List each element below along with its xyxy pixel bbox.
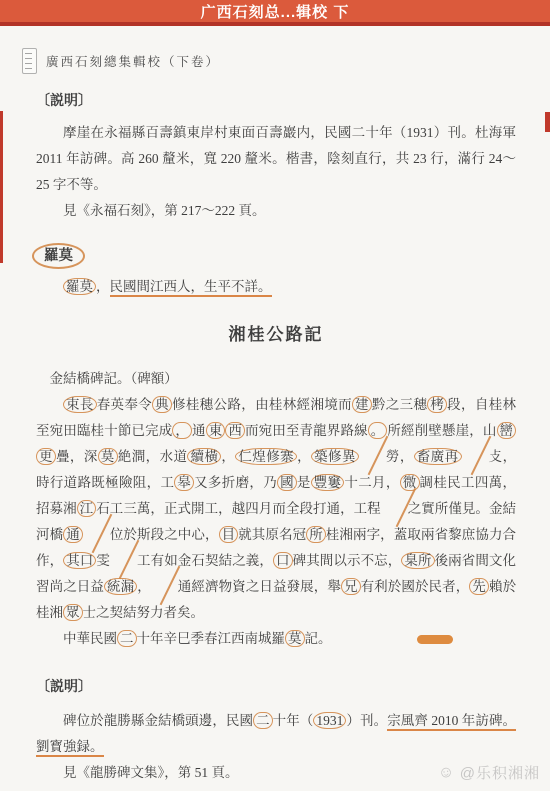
text-run: ， (399, 449, 413, 464)
text-run: 十年辛巳季春江西南城羅 (137, 631, 286, 646)
strike-annotation: 通 (151, 574, 192, 600)
text-run: 絶澗，水道 (118, 449, 188, 464)
circle-annotation: 續橫 (187, 448, 221, 465)
circle-annotation: 西 (225, 422, 245, 439)
strike-annotation: 之實 (381, 496, 435, 522)
circle-annotation: 典 (152, 396, 172, 413)
photo-edge-sliver-right (545, 112, 550, 132)
circle-annotation: 東 (206, 422, 226, 439)
text-run: 〔説明〕 (36, 94, 92, 109)
strike-annotation: 位 (83, 522, 124, 548)
circle-annotation: 國 (277, 474, 297, 491)
text-run: 就其原名冠 (238, 527, 306, 542)
circle-annotation: 所 (306, 526, 326, 543)
weibo-icon: ☺ (437, 762, 458, 783)
text-run: 疊，深 (56, 449, 98, 464)
circle-annotation: 兄 (341, 578, 361, 595)
paragraph-moya: 摩崖在永福縣百壽鎮東岸村東面百壽巖内，民國二十年（1931）刊。杜海軍 2011… (36, 120, 516, 198)
underline-annotation: 宗風齊 2010 年訪碑。 (387, 713, 516, 731)
strike-annotation: 攴 (462, 444, 503, 470)
app-bar-title: 广西石刻总...辑校 下 (201, 1, 350, 22)
app-bar: 广西石刻总...辑校 下 (0, 0, 550, 26)
circle-annotation: 羅莫 (32, 243, 85, 269)
circle-annotation: 築修異 (311, 448, 359, 465)
stele-title: 湘桂公路記 (36, 324, 516, 346)
circle-annotation: 眾 (63, 604, 83, 621)
section-label-shuoming-1: 〔説明〕 (36, 92, 516, 112)
text-run: 石工三萬，正式開工，越四月而全段打通，工程 (96, 501, 381, 516)
document-page: 廣西石刻總集輯校（下卷） 〔説明〕摩崖在永福縣百壽鎮東岸村東面百壽巖内，民國二十… (0, 26, 550, 786)
text-run: 雯 (96, 553, 110, 568)
circle-annotation: 。 (368, 422, 388, 439)
text-run: 通 (192, 423, 206, 438)
paragraph-signature: 中華民國二十年辛巳季春江西南城羅莫記。 (36, 626, 516, 652)
circle-annotation: 豐窶 (311, 474, 345, 491)
circle-annotation: 巒 (497, 422, 517, 439)
paragraph-luomo-bio: 羅莫，民國間江西人，生平不詳。 (36, 274, 516, 300)
paragraph-stele-body: 束長春英奉令典修桂穗公路，由桂林經湘境而建黔之三穗栲段，自桂林至宛田臨桂十節已完… (36, 392, 516, 626)
text-run: 十二月， (344, 475, 399, 490)
underline-annotation: 民國間江西人，生平不詳。 (110, 279, 272, 297)
circle-annotation: ， (172, 422, 192, 439)
screenshot-root: { "colors":{ "app_bar_bg":"#DB5A3C", "ap… (0, 0, 550, 791)
text-run: 士之契結努力者矣。 (83, 605, 205, 620)
text-run: 金結橋碑記。（碑額） (50, 371, 178, 386)
circle-annotation: 通 (63, 526, 83, 543)
publisher-seal-icon (22, 48, 37, 74)
text-run: 黔之三穗 (372, 397, 427, 412)
circle-annotation: 畜廣再 (414, 448, 462, 465)
circle-annotation: 口 (273, 552, 293, 569)
text-run: ， (137, 579, 151, 594)
photo-edge-sliver-left (0, 111, 3, 263)
circle-annotation: 1931 (313, 712, 346, 729)
circle-annotation: 更 (36, 448, 56, 465)
text-run: 碑其間以示不忘， (293, 553, 402, 568)
text-run: 〔説明〕 (36, 680, 92, 695)
document-blocks: 〔説明〕摩崖在永福縣百壽鎮東岸村東面百壽巖内，民國二十年（1931）刊。杜海軍 … (36, 92, 516, 786)
watermark: ☺ @乐积湘湘 (438, 762, 540, 783)
circle-annotation: 統漏 (104, 578, 137, 595)
text-run: 而宛田至青龍界路線 (245, 423, 368, 438)
book-title: 廣西石刻總集輯校（下卷） (46, 52, 220, 70)
text-run: 記。 (305, 631, 332, 646)
strike-annotation: 勞 (359, 444, 400, 470)
circle-annotation: 先 (469, 578, 489, 595)
circle-annotation: 臬所 (401, 552, 434, 569)
text-run: 十年（ (273, 713, 314, 728)
text-run: 有如金石契結之義， (151, 553, 273, 568)
text-run: 碑位於龍勝縣金結橋頭邊，民國 (63, 713, 253, 728)
text-run: 見《永福石刻》，第 217～222 頁。 (63, 203, 266, 218)
circle-annotation: 二 (253, 712, 273, 729)
circle-annotation: 莫 (98, 448, 118, 465)
text-run: 所經削壁懸崖，山 (387, 423, 496, 438)
text-run: 修桂穗公路，由桂林經湘境而 (172, 397, 352, 412)
circle-annotation: 其口 (63, 552, 96, 569)
watermark-handle: @乐积湘湘 (460, 762, 540, 783)
paragraph-see-yongfu: 見《永福石刻》，第 217～222 頁。 (36, 198, 516, 224)
text-run: 見《龍勝碑文集》，第 51 頁。 (63, 765, 239, 780)
text-run: 中華民國 (63, 631, 117, 646)
text-run: 有利於國於民者， (361, 579, 470, 594)
text-run: ， (221, 449, 235, 464)
text-run: 摩崖在永福縣百壽鎮東岸村東面百壽巖内，民國二十年（1931）刊。杜海軍 2011… (36, 125, 519, 192)
text-run: ， (96, 279, 110, 294)
circle-annotation: 皋 (174, 474, 194, 491)
text-run: 湘桂公路記 (229, 325, 324, 344)
paragraph-beiwei: 碑位於龍勝縣金結橋頭邊，民國二十年（1931）刊。宗風齊 2010 年訪碑。劉寳… (36, 708, 516, 760)
circle-annotation: 江 (77, 500, 97, 517)
text-run: ）刊。 (346, 713, 387, 728)
strike-annotation: 工 (110, 548, 151, 574)
text-run: 經濟物資之日益發展，舉 (191, 579, 341, 594)
circle-annotation: 建 (352, 396, 372, 413)
text-run: 又多折磨，乃 (194, 475, 277, 490)
underline-annotation: 劉寳強録。 (36, 739, 104, 757)
author-subhead-luomo: 羅莫 (32, 238, 516, 274)
circle-annotation: 二 (117, 630, 137, 647)
text-run: 春英奉令 (97, 397, 152, 412)
circle-annotation: 仁煌修寨 (235, 448, 297, 465)
circle-annotation: 目 (219, 526, 239, 543)
circle-annotation: 微 (400, 474, 420, 491)
text-run: ， (297, 449, 311, 464)
circle-annotation: 莫 (285, 630, 305, 647)
paragraph-beie: 金結橋碑記。（碑額） (36, 366, 516, 392)
dash-mark (417, 635, 453, 644)
section-label-shuoming-2: 〔説明〕 (36, 678, 516, 698)
page-header: 廣西石刻總集輯校（下卷） (22, 48, 516, 74)
text-run: 是 (297, 475, 311, 490)
circle-annotation: 束長 (63, 396, 97, 413)
circle-annotation: 羅莫 (63, 278, 96, 295)
circle-annotation: 栲 (427, 396, 447, 413)
